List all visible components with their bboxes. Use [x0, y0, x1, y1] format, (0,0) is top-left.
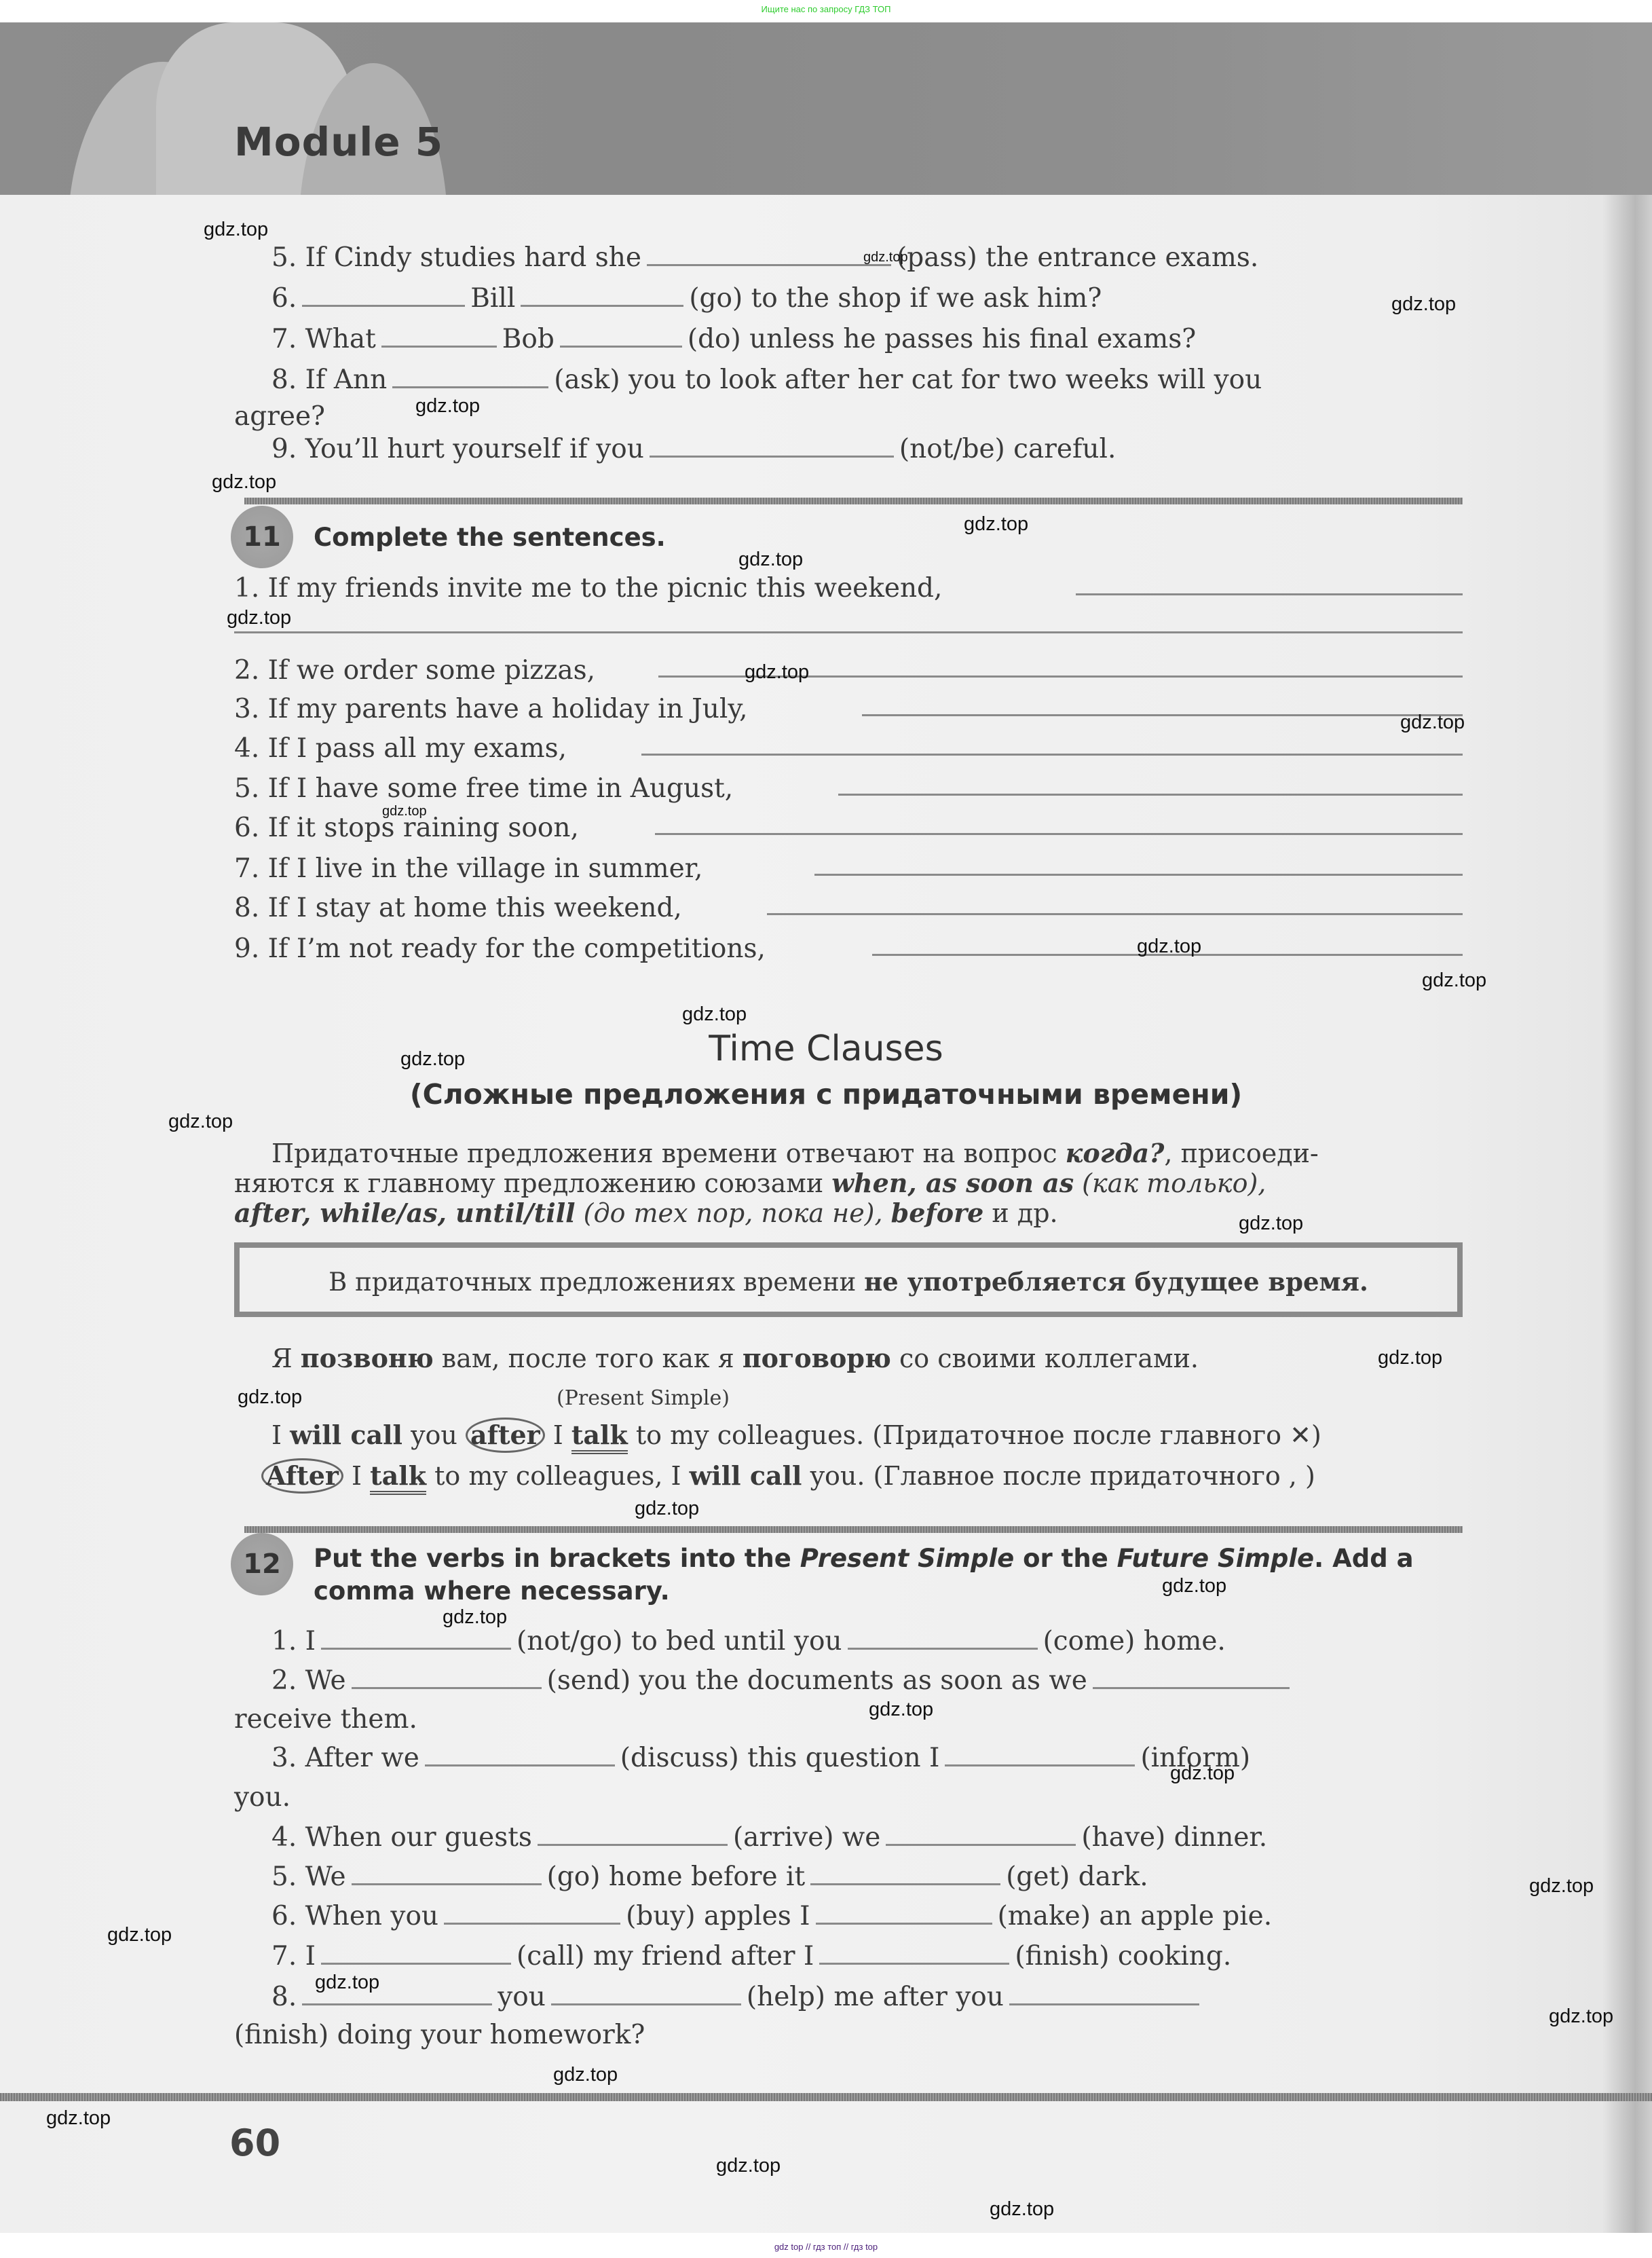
watermark: gdz.top: [1391, 293, 1456, 316]
ex11-item: 1. If my friends invite me to the picnic…: [234, 574, 942, 604]
grammar-paragraph-line-3: after, while/as, until/till (до тех пор,…: [234, 1198, 1058, 1229]
watermark: gdz.top: [443, 1606, 507, 1629]
grammar-paragraph-line-1: Придаточные предложения времени отвечают…: [271, 1138, 1319, 1169]
answer-line[interactable]: [838, 794, 1463, 796]
ex12-item-2: 2. We(send) you the documents as soon as…: [271, 1666, 1295, 1696]
prev-item-7: 7. WhatBob(do) unless he passes his fina…: [271, 325, 1196, 354]
grammar-rule-text: В придаточных предложениях времени не уп…: [240, 1267, 1457, 1297]
bottom-site-links[interactable]: gdz top // гдз топ // гдз top: [0, 2242, 1652, 2252]
answer-line[interactable]: [862, 714, 1463, 716]
watermark: gdz.top: [869, 1699, 933, 1721]
footer-divider: [0, 2093, 1652, 2101]
grammar-rule-box: В придаточных предложениях времени не уп…: [234, 1242, 1463, 1317]
watermark: gdz.top: [990, 2198, 1054, 2221]
answer-blank[interactable]: [321, 1627, 511, 1650]
underlined-verb: talk: [370, 1460, 426, 1495]
ex12-item-8: 8.you(help) me after you: [271, 1982, 1205, 2012]
ex12-item-2-cont: receive them.: [234, 1705, 417, 1735]
prev-item-8: 8. If Ann(ask) you to look after her cat…: [271, 365, 1262, 395]
answer-line[interactable]: [234, 631, 1463, 633]
answer-blank[interactable]: [647, 244, 891, 266]
exercise-11-title: Complete the sentences.: [314, 521, 666, 554]
watermark: gdz.top: [738, 549, 803, 571]
watermark: gdz.top: [964, 513, 1028, 536]
watermark: gdz.top: [227, 607, 291, 629]
answer-blank[interactable]: [538, 1824, 728, 1846]
watermark: gdz.top: [682, 1003, 747, 1026]
watermark: gdz.top: [400, 1048, 465, 1071]
answer-blank[interactable]: [886, 1824, 1076, 1846]
exercise-12-title: Put the verbs in brackets into the Prese…: [314, 1542, 1467, 1608]
answer-line[interactable]: [655, 833, 1463, 835]
watermark: gdz.top: [635, 1498, 699, 1520]
watermark: gdz.top: [212, 471, 276, 494]
watermark: gdz.top: [1400, 711, 1465, 734]
tense-note: (Present Simple): [557, 1386, 730, 1410]
ex12-item-5: 5. We(go) home before it(get) dark.: [271, 1862, 1148, 1892]
watermark: gdz.top: [107, 1924, 172, 1946]
example-russian: Я позвоню вам, после того как я поговорю…: [271, 1343, 1199, 1374]
section-divider: [244, 1526, 1463, 1533]
circled-conjunction: After: [261, 1458, 343, 1494]
underlined-verb: talk: [571, 1420, 628, 1454]
watermark: gdz.top: [716, 2155, 781, 2177]
exercise-number-badge: 12: [231, 1533, 293, 1595]
answer-blank[interactable]: [848, 1627, 1038, 1650]
prev-item-9: 9. You’ll hurt yourself if you(not/be) c…: [271, 434, 1116, 464]
watermark: gdz.top: [745, 661, 809, 684]
answer-blank[interactable]: [425, 1744, 615, 1766]
watermark: gdz.top: [863, 250, 908, 265]
module-title: Module 5: [234, 119, 443, 165]
answer-line[interactable]: [641, 754, 1463, 756]
grammar-paragraph-line-2: няются к главному предложению союзами wh…: [234, 1168, 1266, 1199]
answer-blank[interactable]: [392, 366, 548, 388]
ex11-item: 9. If I’m not ready for the competitions…: [234, 934, 766, 964]
watermark: gdz.top: [382, 804, 427, 819]
ex12-item-6: 6. When you(buy) apples I(make) an apple…: [271, 1902, 1272, 1931]
section-divider: [244, 498, 1463, 504]
watermark: gdz.top: [1549, 2005, 1613, 2028]
watermark: gdz.top: [1529, 1875, 1594, 1898]
ex11-item: 5. If I have some free time in August,: [234, 774, 733, 804]
ex12-item-3: 3. After we(discuss) this question I(inf…: [271, 1743, 1250, 1773]
answer-blank[interactable]: [352, 1667, 542, 1689]
answer-line[interactable]: [767, 913, 1463, 915]
watermark: gdz.top: [553, 2064, 618, 2086]
watermark: gdz.top: [1137, 936, 1201, 958]
answer-blank[interactable]: [381, 325, 497, 348]
watermark: gdz.top: [1162, 1575, 1226, 1597]
answer-blank[interactable]: [819, 1942, 1009, 1965]
answer-blank[interactable]: [521, 284, 683, 307]
ex12-item-3-cont: you.: [234, 1783, 290, 1813]
module-banner: [0, 22, 1652, 195]
example-sentence-2: After I talk to my colleagues, I will ca…: [261, 1458, 1315, 1494]
answer-blank[interactable]: [816, 1902, 992, 1925]
answer-blank[interactable]: [810, 1863, 1000, 1885]
watermark: gdz.top: [238, 1386, 302, 1409]
prev-item-6: 6.Bill(go) to the shop if we ask him?: [271, 284, 1102, 314]
example-sentence-1: I will call you after I talk to my colle…: [271, 1418, 1321, 1453]
watermark: gdz.top: [415, 395, 480, 418]
ex12-item-1: 1. I(not/go) to bed until you(come) home…: [271, 1627, 1226, 1657]
watermark: gdz.top: [168, 1111, 233, 1133]
answer-blank[interactable]: [1009, 1983, 1199, 2005]
ex12-item-4: 4. When our guests(arrive) we(have) dinn…: [271, 1823, 1267, 1853]
watermark: gdz.top: [1378, 1347, 1442, 1369]
no-comma-mark-icon: ✕: [1290, 1420, 1311, 1450]
answer-blank[interactable]: [560, 325, 682, 348]
ex12-item-7: 7. I(call) my friend after I(finish) coo…: [271, 1942, 1231, 1972]
section-subtitle: (Сложные предложения с придаточными врем…: [0, 1078, 1652, 1111]
circled-conjunction: after: [466, 1418, 545, 1453]
exercise-number-badge: 11: [231, 506, 293, 568]
prev-item-8-cont: agree?: [234, 402, 325, 432]
answer-blank[interactable]: [352, 1863, 542, 1885]
page-number: 60: [229, 2122, 280, 2164]
ex11-item: 7. If I live in the village in summer,: [234, 854, 702, 884]
watermark: gdz.top: [1239, 1213, 1303, 1235]
top-search-ad[interactable]: Ищите нас по запросу ГДЗ ТОП: [0, 4, 1652, 14]
answer-blank[interactable]: [945, 1744, 1135, 1766]
ex12-item-8-cont: (finish) doing your homework?: [234, 2020, 645, 2050]
answer-blank[interactable]: [650, 435, 894, 458]
prev-item-5: 5. If Cindy studies hard she(pass) the e…: [271, 243, 1258, 273]
answer-blank[interactable]: [1093, 1667, 1290, 1689]
answer-blank[interactable]: [551, 1983, 741, 2005]
ex11-item: 4. If I pass all my exams,: [234, 734, 567, 764]
ex11-item: 3. If my parents have a holiday in July,: [234, 695, 748, 724]
watermark: gdz.top: [46, 2107, 111, 2130]
answer-blank[interactable]: [321, 1942, 511, 1965]
watermark: gdz.top: [1170, 1762, 1235, 1785]
answer-blank[interactable]: [302, 284, 465, 307]
answer-blank[interactable]: [444, 1902, 620, 1925]
answer-line[interactable]: [814, 874, 1463, 876]
section-title: Time Clauses: [0, 1029, 1652, 1069]
ex11-item: 2. If we order some pizzas,: [234, 656, 595, 686]
ex11-item: 8. If I stay at home this weekend,: [234, 893, 682, 923]
answer-line[interactable]: [1076, 593, 1463, 595]
watermark: gdz.top: [204, 219, 268, 241]
watermark: gdz.top: [315, 1972, 379, 1994]
watermark: gdz.top: [1422, 969, 1486, 992]
